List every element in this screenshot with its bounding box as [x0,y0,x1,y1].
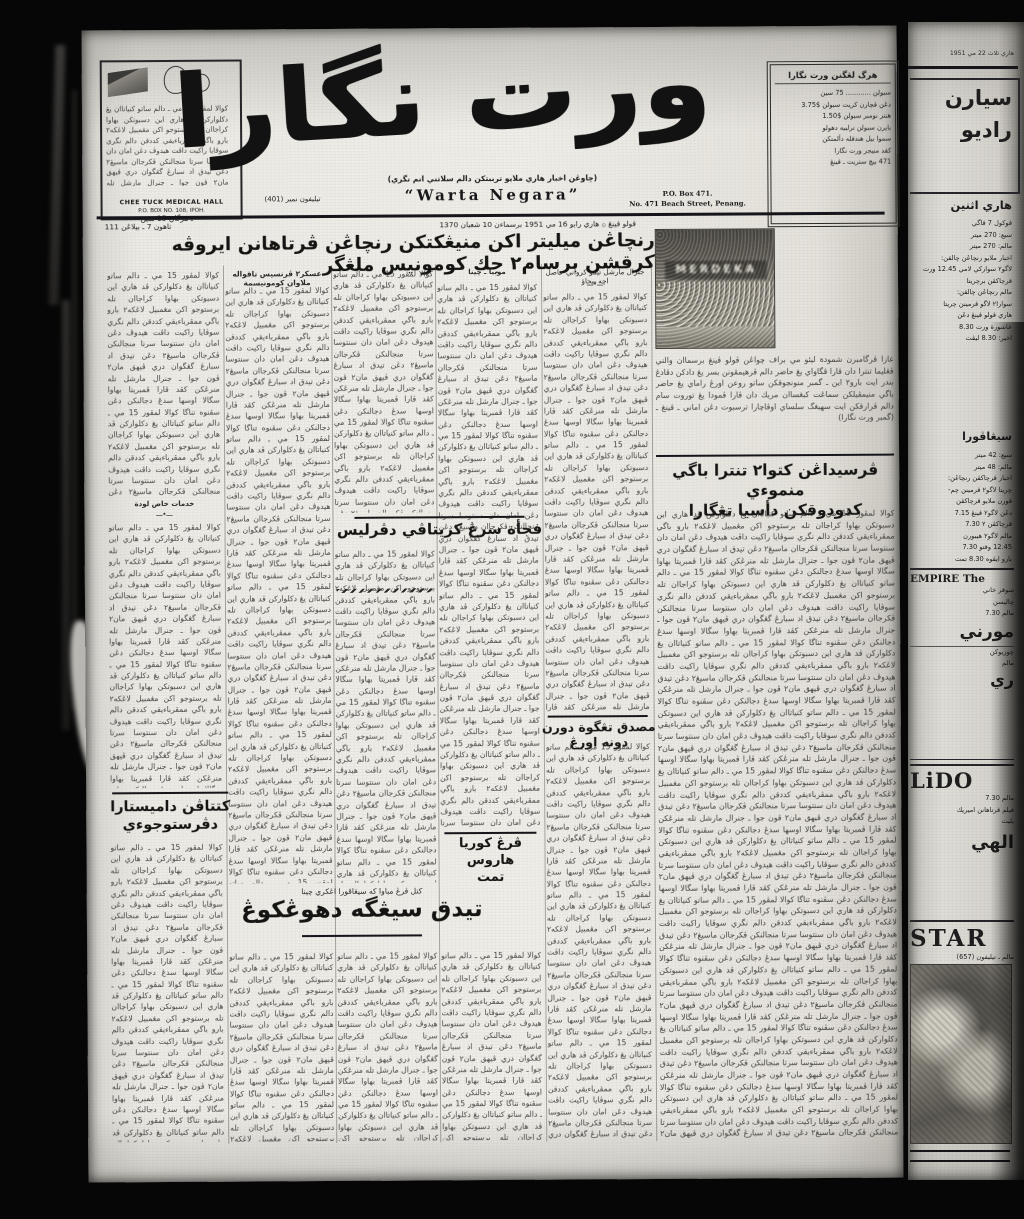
dateline-issue: تاهون 7 ـ بيلاڠن 111 [105,221,285,231]
adjacent-page-sliver: هاري ثلاث 22 مي 1951 سيارن راديو هاري اث… [908,22,1024,1180]
radio-title-line1: سيارن [910,86,1012,110]
news-photo: MERDEKA [655,228,776,349]
masthead-subtitle: (چاوڠن اخبار هاري ملايو ترببتكن دالم سلا… [342,173,642,184]
page-edge-shadow [990,322,1024,1180]
column-d-text: كوالا لمڤور 15 مي ـ دالم ساتو كنياتاان ي… [441,950,542,1141]
sliver-dateline: هاري ثلاث 22 مي 1951 [908,50,1014,57]
subhead-special: خدمات خاص لودة [108,500,220,509]
scan-streak [62,300,70,730]
headline-hongkong: تيدق سيڠگه دهوڠكوڠ [229,896,495,924]
main-page: كوالا لمڤور 15 مي ـ دالم ساتو كنياتاان ي… [81,26,903,1183]
column-c-text: كوالا لمڤور 15 مي ـ دالم ساتو كنياتاان ي… [333,268,434,513]
radio-day-monday: هاري اثنين [908,198,1012,212]
rates-row: كڤد منيجر ورت نگارا [775,145,891,157]
masthead-title: ورت نگارا [158,6,726,198]
rates-row: سبولن ............ 75 سين [775,88,891,100]
masthead-address: P.O. Box 471. No. 471 Beach Street, Pena… [602,188,772,209]
newspaper-scan-canvas: كوالا لمڤور 15 مي ـ دالم ساتو كنياتاان ي… [0,0,1024,1219]
headline-rule [112,792,228,794]
radio-schedule-box: سيارن راديو [910,78,1020,194]
column-c-text: كوالا لمڤور 15 مي ـ دالم ساتو كنياتاان ي… [337,950,438,1141]
street-address: No. 471 Beach Street, Penang. [603,198,773,209]
column-c-text: كوالا لمڤور 15 مي ـ دالم ساتو كنياتاان ي… [335,548,437,883]
sketch-box-icon [108,67,148,97]
column-f-text: كوالا لمڤور 15 مي ـ دالم ساتو كنياتاان ي… [656,508,898,1139]
rates-row: هنتر نومبر سبولن $1.50 [775,111,891,123]
headline-rule [444,832,536,834]
scan-streak [72,90,77,710]
headline-korea: ڤرڠ كوريا هاروستمت [440,836,540,887]
sliver-rule [908,66,1018,69]
column-d-text: كوالا لمڤور 15 مي ـ دالم ساتو كنياتاان ي… [437,282,540,831]
column-a-text: كوالا لمڤور 15 مي ـ دالم ساتو كنياتاان ي… [107,270,220,497]
rates-row: 471 بيچ ستريت ـ ڤينڠ [775,157,891,169]
rates-row: سموا بيل هندقله دألمتكن [775,134,891,146]
column-e-text: كوالا لمڤور 15 مي ـ دالم ساتو كنياتاان ي… [546,741,652,1140]
photo-crowd [656,281,774,327]
subscription-rates-box: هرگ لڠگنن ورت نگارا سبولن ............ 7… [770,64,897,225]
rates-title: هرگ لڠگنن ورت نگارا [775,70,891,85]
column-b-text: كوالا لمڤور 15 مي ـ دالم ساتو كنياتاان ي… [225,285,333,884]
column-a-text: كوالا لمڤور 15 مي ـ دالم ساتو كنياتاان ي… [110,842,224,1143]
headline-rule [302,934,422,936]
rates-row: بايرن سبولن ترلبيه دهولو [775,122,891,134]
headline-armistice: كتتاڤن داميستارادڤرستوجوءي [106,798,234,835]
separator: ـــ٭ـــ [108,510,220,519]
column-b-text: كوالا لمڤور 15 مي ـ دالم ساتو كنياتاان ي… [229,951,334,1142]
subhead-moscow-china: موبيا ـ چينا [437,268,537,277]
masthead-phone: تيليفون نمبر (401) [233,195,353,204]
headline-rule [548,715,648,717]
scan-streak [49,45,66,305]
rates-row: دڠن ڤچارن كريت سبولن $3.75 [775,99,891,111]
column-a-text: كوالا لمڤور 15 مي ـ دالم ساتو كنياتاان ي… [108,522,222,789]
photo-caption: غازا ڤرگامبرن شمودة ليئو مي براف چواڠن ڤ… [655,354,894,441]
ad-shop-name: CHEE TUCK MEDICAL HALL [103,198,241,207]
radio-title-line2: راديو [910,118,1012,142]
hk-kicker: كتل ڤرڠ مباوا كه سيڠاڤورا اڠكري چينا [237,886,487,897]
separator: ـــ٭ـــ [543,279,647,288]
column-e-text: كوالا لمڤور 15 مي ـ دالم ساتو كنياتاان ي… [543,291,650,712]
headline-rule [656,454,894,457]
photo-banner-text: MERDEKA [665,260,767,279]
masthead-english-title: “Warta Negara” [362,185,622,205]
